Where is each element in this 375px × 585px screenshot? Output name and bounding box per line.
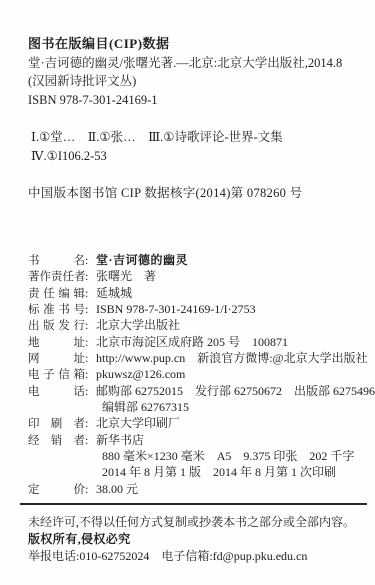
row-label: 责任编辑 (28, 286, 85, 302)
divider-rule (20, 503, 367, 505)
row-colon: : (85, 301, 90, 317)
cip-heading: 图书在版编目(CIP)数据 (28, 35, 342, 54)
row-colon: : (85, 268, 90, 284)
row-value: 2014 年 8 月第 1 版 2014 年 8 月第 1 次印刷 (102, 465, 336, 479)
no-copy-notice: 未经许可,不得以任何方式复制或抄袭本书之部分或全部内容。 (28, 514, 355, 531)
row-value: 北京大学印刷厂 (96, 416, 180, 430)
row-value: 38.00 元 (96, 482, 138, 496)
row-label: 印刷者 (28, 416, 85, 432)
colophon: 书名:堂·吉诃德的幽灵 著作责任者:张曙光 著 责任编辑:延城城 标准书号:IS… (28, 252, 375, 497)
cip-classification-line-1: Ⅰ.①堂… Ⅱ.①张… Ⅲ.①诗歌评论-世界-文集 (31, 128, 283, 147)
row-book-title: 书名:堂·吉诃德的幽灵 (28, 252, 375, 268)
cip-classification-block: Ⅰ.①堂… Ⅱ.①张… Ⅲ.①诗歌评论-世界-文集 Ⅳ.①I106.2-53 (31, 128, 283, 165)
row-standard-isbn: 标准书号:ISBN 978-7-301-24169-1/I·2753 (28, 301, 375, 317)
cip-classification-line-2: Ⅳ.①I106.2-53 (31, 147, 283, 166)
row-phone-continuation: 编辑部 62767315 (28, 399, 375, 415)
row-distributor: 经销者:新华书店 (28, 432, 375, 448)
row-colon: : (85, 481, 90, 497)
row-colon: : (85, 383, 90, 399)
cip-block: 图书在版编目(CIP)数据 堂·吉诃德的幽灵/张曙光著.—北京:北京大学出版社,… (28, 35, 342, 109)
row-label: 电话 (28, 384, 85, 400)
row-colon: : (85, 432, 90, 448)
copyright-page: 图书在版编目(CIP)数据 堂·吉诃德的幽灵/张曙光著.—北京:北京大学出版社,… (0, 0, 375, 585)
row-publisher: 出版发行:北京大学出版社 (28, 317, 375, 333)
row-value: 编辑部 62767315 (102, 400, 189, 414)
row-value: 张曙光 著 (96, 269, 156, 283)
row-value: 880 毫米×1230 毫米 A5 9.375 印张 202 千字 (102, 449, 354, 463)
row-phone: 电话:邮购部 62752015 发行部 62750672 出版部 6275496… (28, 383, 375, 399)
row-value: ISBN 978-7-301-24169-1/I·2753 (96, 302, 256, 316)
row-label: 书名 (28, 253, 85, 269)
cip-isbn: ISBN 978-7-301-24169-1 (28, 91, 342, 110)
row-printer: 印刷者:北京大学印刷厂 (28, 415, 375, 431)
row-address: 地址:北京市海淀区成府路 205 号 100871 (28, 334, 375, 350)
copyright-notice: 版权所有,侵权必究 (28, 531, 355, 548)
row-colon: : (85, 415, 90, 431)
row-price: 定价:38.00 元 (28, 481, 375, 497)
row-website: 网址:http://www.pup.cn 新浪官方微博:@北京大学出版社 (28, 350, 375, 366)
row-label: 地址 (28, 335, 85, 351)
row-format: 880 毫米×1230 毫米 A5 9.375 印张 202 千字 (28, 448, 375, 464)
row-colon: : (85, 252, 90, 268)
row-value: 北京市海淀区成府路 205 号 100871 (96, 335, 288, 349)
cip-entry: 堂·吉诃德的幽灵/张曙光著.—北京:北京大学出版社,2014.8 (28, 54, 342, 73)
row-colon: : (85, 334, 90, 350)
row-email: 电子信箱:pkuwsz@126.com (28, 366, 375, 382)
row-label: 著作责任者 (28, 269, 85, 285)
row-colon: : (85, 285, 90, 301)
row-value: http://www.pup.cn 新浪官方微博:@北京大学出版社 (96, 351, 368, 365)
row-label: 出版发行 (28, 318, 85, 334)
row-label: 经销者 (28, 433, 85, 449)
row-colon: : (85, 366, 90, 382)
row-value: 邮购部 62752015 发行部 62750672 出版部 62754962 (96, 384, 375, 398)
footer-notices: 未经许可,不得以任何方式复制或抄袭本书之部分或全部内容。 版权所有,侵权必究 举… (28, 514, 355, 566)
report-contact: 举报电话:010-62752024 电子信箱:fd@pup.pku.edu.cn (28, 548, 355, 565)
row-edition: 2014 年 8 月第 1 版 2014 年 8 月第 1 次印刷 (28, 464, 375, 480)
cip-series: (汉园新诗批评文丛) (28, 72, 342, 91)
row-label: 网址 (28, 351, 85, 367)
row-value: 堂·吉诃德的幽灵 (96, 253, 188, 267)
cip-record-number: 中国版本图书馆 CIP 数据核字(2014)第 078260 号 (28, 183, 302, 201)
row-label: 定价 (28, 482, 85, 498)
row-value: 延城城 (96, 286, 132, 300)
row-colon: : (85, 317, 90, 333)
row-label: 电子信箱 (28, 367, 85, 383)
row-value: pkuwsz@126.com (96, 367, 185, 381)
row-label: 标准书号 (28, 302, 85, 318)
row-author: 著作责任者:张曙光 著 (28, 268, 375, 284)
row-value: 北京大学出版社 (96, 318, 180, 332)
row-editor: 责任编辑:延城城 (28, 285, 375, 301)
row-value: 新华书店 (96, 433, 144, 447)
row-colon: : (85, 350, 90, 366)
